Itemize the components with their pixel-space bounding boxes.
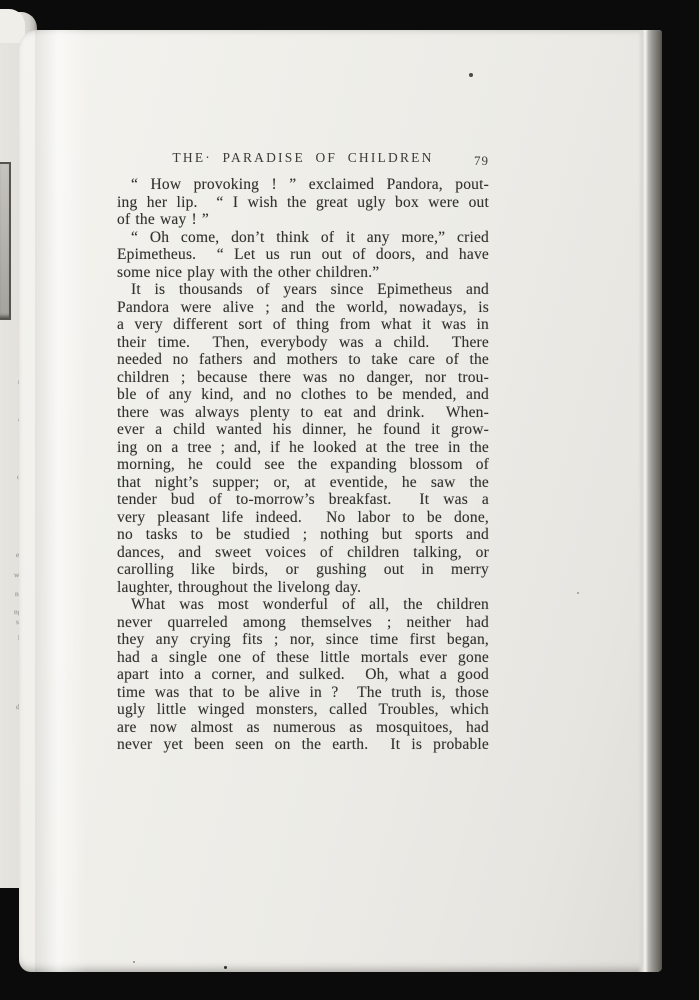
- text-line: their time. Then, everybody was a child.…: [117, 334, 489, 352]
- text-line: time was that to be alive in ? The truth…: [117, 684, 489, 702]
- text-line: of the way ! ”: [117, 211, 489, 229]
- chapter-title: THE· PARADISE OF CHILDREN: [172, 150, 433, 165]
- paragraph: What was most wonderful of all, the chil…: [117, 596, 489, 754]
- book-scan: oldin-medhadand,ney,andoun-ande en-was a…: [0, 0, 699, 1000]
- text-line: “ Oh come, don’t think of it any more,” …: [117, 229, 489, 247]
- text-line: Pandora were alive ; and the world, nowa…: [117, 299, 489, 317]
- text-line: Epimetheus. “ Let us run out of doors, a…: [117, 246, 489, 264]
- dust-speck: [469, 73, 473, 77]
- dust-speck: [224, 966, 227, 969]
- text-line: had a single one of these little mortals…: [117, 649, 489, 667]
- text-line: needed no fathers and mothers to take ca…: [117, 351, 489, 369]
- text-line: laughter, throughout the livelong day.: [117, 579, 489, 597]
- text-line: What was most wonderful of all, the chil…: [117, 596, 489, 614]
- text-line: ugly little winged monsters, called Trou…: [117, 701, 489, 719]
- paragraph: “ Oh come, don’t think of it any more,” …: [117, 229, 489, 282]
- running-header: THE· PARADISE OF CHILDREN 79: [117, 150, 489, 170]
- dust-speck: [133, 961, 135, 963]
- text-line: ble of any kind, and no clothes to be me…: [117, 386, 489, 404]
- facing-page-illustration-edge: [0, 162, 11, 320]
- text-line: It is thousands of years since Epimetheu…: [117, 281, 489, 299]
- text-line: never quarreled among themselves ; neith…: [117, 614, 489, 632]
- text-block: “ How provoking ! ” exclaimed Pandora, p…: [117, 176, 489, 754]
- text-line: some nice play with the other children.”: [117, 264, 489, 282]
- text-line: dances, and sweet voices of children tal…: [117, 544, 489, 562]
- text-line: morning, he could see the expanding blos…: [117, 456, 489, 474]
- fore-edge-pages: [638, 30, 662, 972]
- text-line: tender bud of to-morrow’s breakfast. It …: [117, 491, 489, 509]
- text-line: ing on a tree ; and, if he looked at the…: [117, 439, 489, 457]
- paragraph: It is thousands of years since Epimetheu…: [117, 281, 489, 596]
- text-line: a very different sort of thing from what…: [117, 316, 489, 334]
- text-line: ing her lip. “ I wish the great ugly box…: [117, 194, 489, 212]
- dust-speck: [577, 592, 579, 594]
- text-line: very pleasant life indeed. No labor to b…: [117, 509, 489, 527]
- page-number: 79: [474, 153, 489, 169]
- text-line: there was always plenty to eat and drink…: [117, 404, 489, 422]
- text-line: carolling like birds, or gushing out in …: [117, 561, 489, 579]
- paragraph: “ How provoking ! ” exclaimed Pandora, p…: [117, 176, 489, 229]
- text-line: no tasks to be studied ; nothing but spo…: [117, 526, 489, 544]
- text-line: apart into a corner, and sulked. Oh, wha…: [117, 666, 489, 684]
- text-line: ever a child wanted his dinner, he found…: [117, 421, 489, 439]
- text-line: they any crying fits ; nor, since time f…: [117, 631, 489, 649]
- text-line: children ; because there was no danger, …: [117, 369, 489, 387]
- text-line: never yet been seen on the earth. It is …: [117, 736, 489, 754]
- text-line: that night’s supper; or, at eventide, he…: [117, 474, 489, 492]
- book-page: THE· PARADISE OF CHILDREN 79 “ How provo…: [19, 30, 662, 972]
- text-line: “ How provoking ! ” exclaimed Pandora, p…: [117, 176, 489, 194]
- text-line: are now almost as numerous as mosquitoes…: [117, 719, 489, 737]
